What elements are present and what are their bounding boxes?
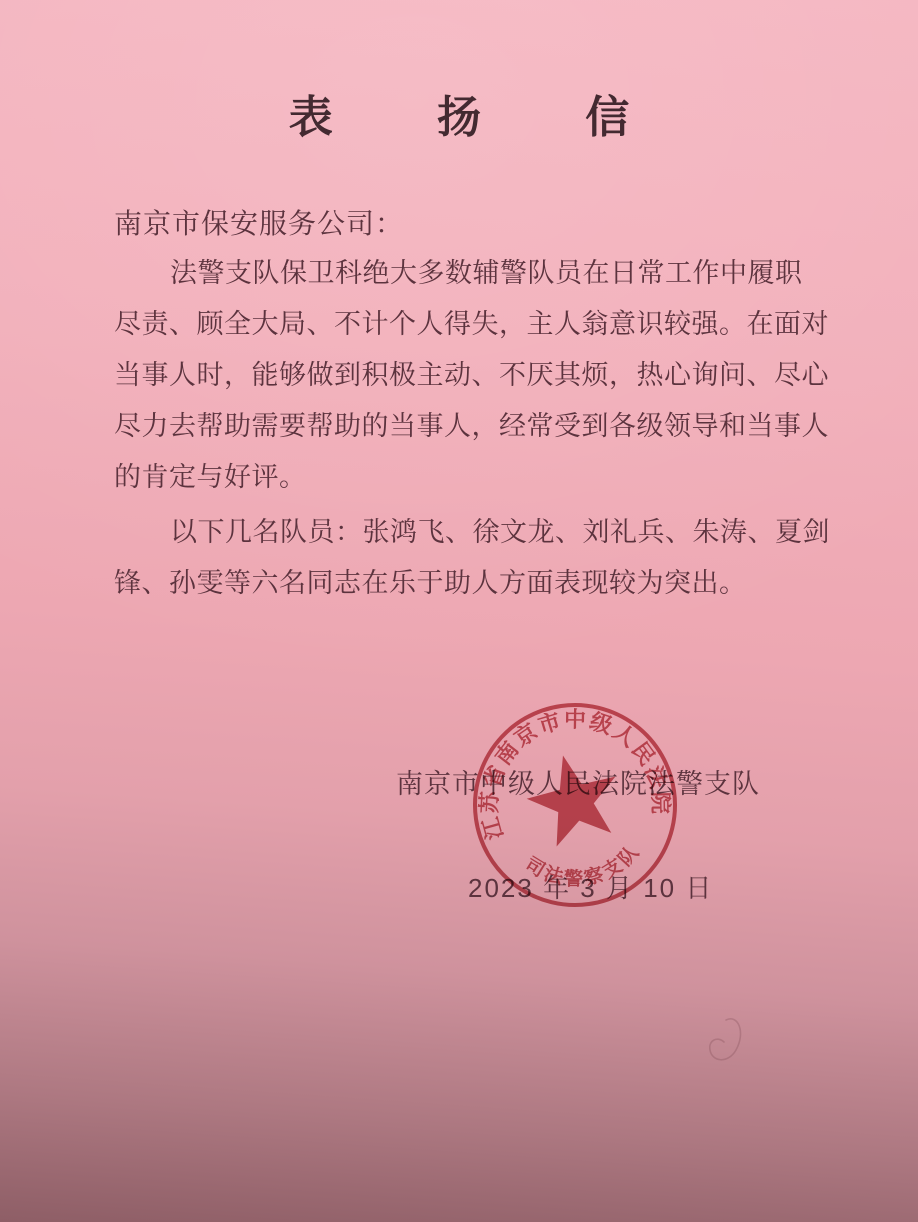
- body-line: 的肯定与好评。: [114, 452, 808, 503]
- date-line: 2023 年 3 月 10 日: [468, 868, 713, 905]
- body-line: 尽力去帮助需要帮助的当事人，经常受到各级领导和当事人: [114, 401, 808, 452]
- body-line: 锋、孙雯等六名同志在乐于助人方面表现较为突出。: [114, 558, 808, 609]
- signature-line: 南京市中级人民法院法警支队: [396, 762, 760, 801]
- body-line: 尽责、顾全大局、不计个人得失，主人翁意识较强。在面对: [114, 299, 808, 350]
- paper-crease-mark: [688, 1012, 768, 1092]
- letter-body: 法警支队保卫科绝大多数辅警队员在日常工作中履职 尽责、顾全大局、不计个人得失，主…: [114, 248, 808, 609]
- body-line: 法警支队保卫科绝大多数辅警队员在日常工作中履职: [114, 248, 808, 299]
- body-line: 以下几名队员：张鸿飞、徐文龙、刘礼兵、朱涛、夏剑: [114, 507, 808, 558]
- salutation: 南京市保安服务公司：: [114, 202, 404, 242]
- letter-photo: 表 扬 信 南京市保安服务公司： 法警支队保卫科绝大多数辅警队员在日常工作中履职…: [0, 0, 918, 1222]
- letter-title: 表 扬 信: [0, 92, 918, 145]
- body-line: 当事人时，能够做到积极主动、不厌其烦，热心询问、尽心: [114, 350, 808, 401]
